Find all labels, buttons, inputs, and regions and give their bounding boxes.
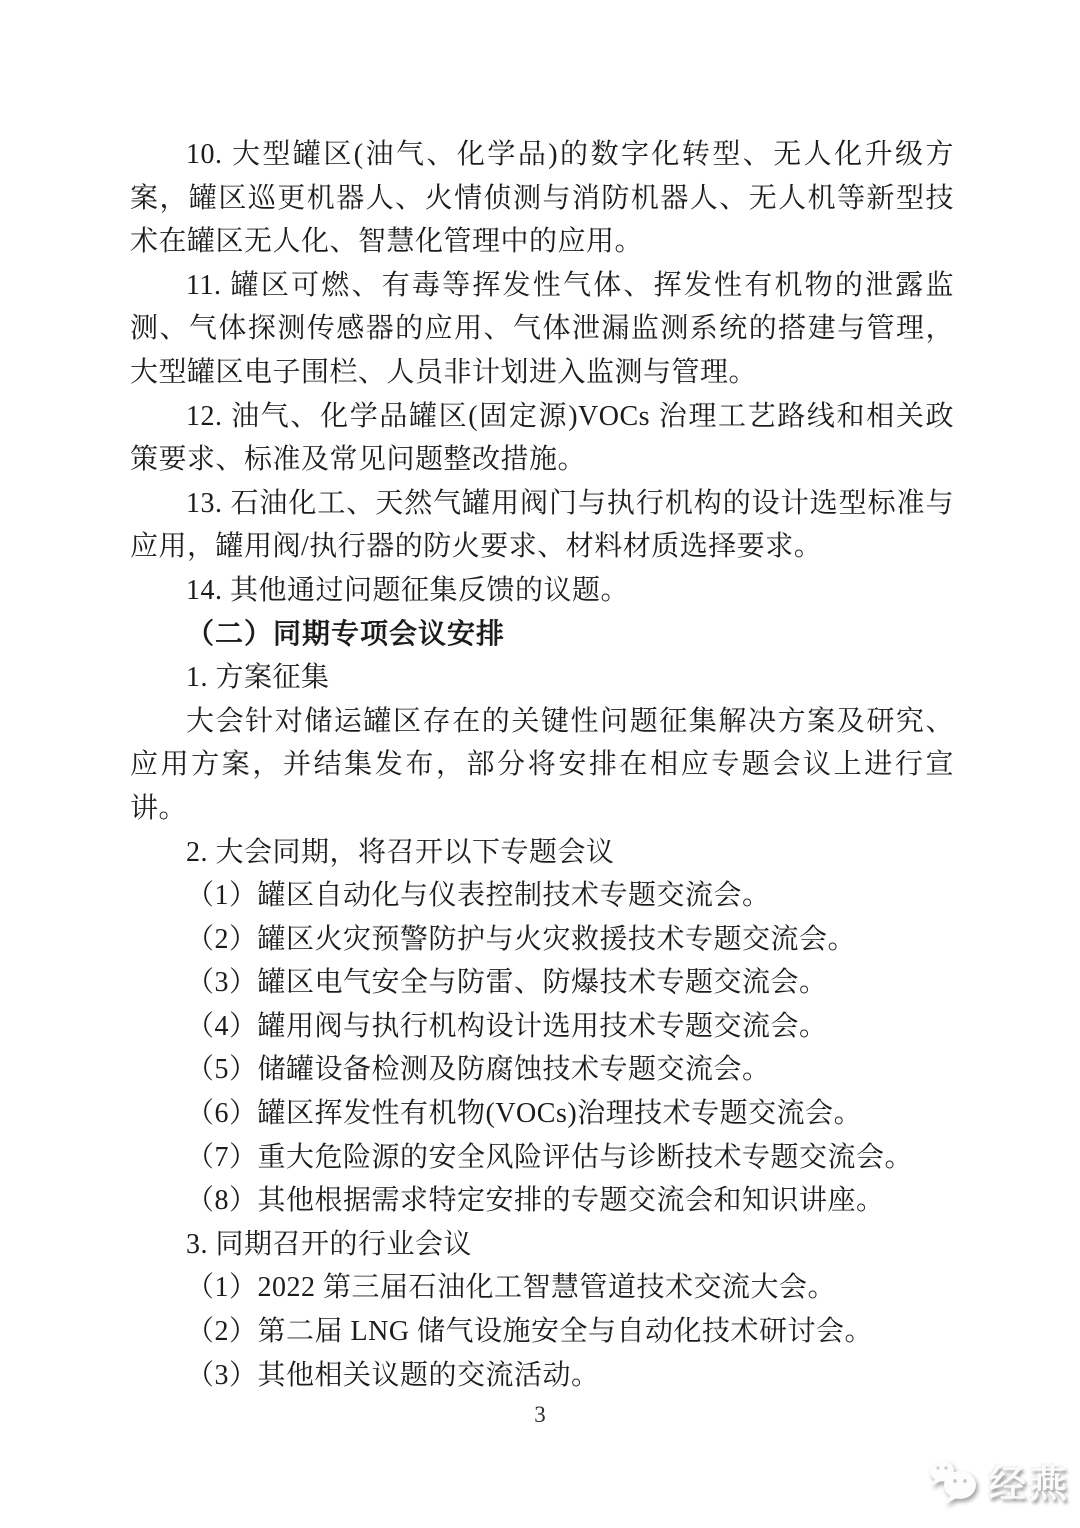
wechat-icon xyxy=(926,1457,984,1512)
meeting-item-6: （6）罐区挥发性有机物(VOCs)治理技术专题交流会。 xyxy=(130,1092,954,1136)
paragraph-topic-13: 13. 石油化工、天然气罐用阀门与执行机构的设计选型标准与应用，罐用阀/执行器的… xyxy=(130,482,954,569)
industry-meeting-1: （1）2022 第三届石油化工智慧管道技术交流大会。 xyxy=(130,1266,954,1310)
meeting-item-4: （4）罐用阀与执行机构设计选用技术专题交流会。 xyxy=(130,1005,954,1049)
watermark-label: 经燕 xyxy=(988,1466,1074,1504)
watermark: 经燕 xyxy=(926,1457,1074,1512)
meeting-item-2: （2）罐区火灾预警防护与火灾救援技术专题交流会。 xyxy=(130,918,954,962)
paragraph-topic-12: 12. 油气、化学品罐区(固定源)VOCs 治理工艺路线和相关政策要求、标准及常… xyxy=(130,395,954,482)
industry-meeting-2: （2）第二届 LNG 储气设施安全与自动化技术研讨会。 xyxy=(130,1310,954,1354)
document-body: 10. 大型罐区(油气、化学品)的数字化转型、无人化升级方案，罐区巡更机器人、火… xyxy=(130,133,954,1397)
subsection-2-title: 2. 大会同期，将召开以下专题会议 xyxy=(130,831,954,875)
paragraph-topic-11: 11. 罐区可燃、有毒等挥发性气体、挥发性有机物的泄露监测、气体探测传感器的应用… xyxy=(130,264,954,395)
meeting-item-7: （7）重大危险源的安全风险评估与诊断技术专题交流会。 xyxy=(130,1136,954,1180)
industry-meeting-3: （3）其他相关议题的交流活动。 xyxy=(130,1354,954,1398)
paragraph-topic-14: 14. 其他通过问题征集反馈的议题。 xyxy=(130,569,954,613)
meeting-item-1: （1）罐区自动化与仪表控制技术专题交流会。 xyxy=(130,874,954,918)
subsection-1-title: 1. 方案征集 xyxy=(130,656,954,700)
page-number: 3 xyxy=(0,1402,1080,1428)
document-page: 10. 大型罐区(油气、化学品)的数字化转型、无人化升级方案，罐区巡更机器人、火… xyxy=(0,0,1080,1528)
section-heading-2: （二）同期专项会议安排 xyxy=(130,613,954,657)
meeting-item-3: （3）罐区电气安全与防雷、防爆技术专题交流会。 xyxy=(130,961,954,1005)
meeting-item-8: （8）其他根据需求特定安排的专题交流会和知识讲座。 xyxy=(130,1179,954,1223)
paragraph-topic-10: 10. 大型罐区(油气、化学品)的数字化转型、无人化升级方案，罐区巡更机器人、火… xyxy=(130,133,954,264)
subsection-3-title: 3. 同期召开的行业会议 xyxy=(130,1223,954,1267)
subsection-1-body: 大会针对储运罐区存在的关键性问题征集解决方案及研究、应用方案，并结集发布，部分将… xyxy=(130,700,954,831)
meeting-item-5: （5）储罐设备检测及防腐蚀技术专题交流会。 xyxy=(130,1048,954,1092)
